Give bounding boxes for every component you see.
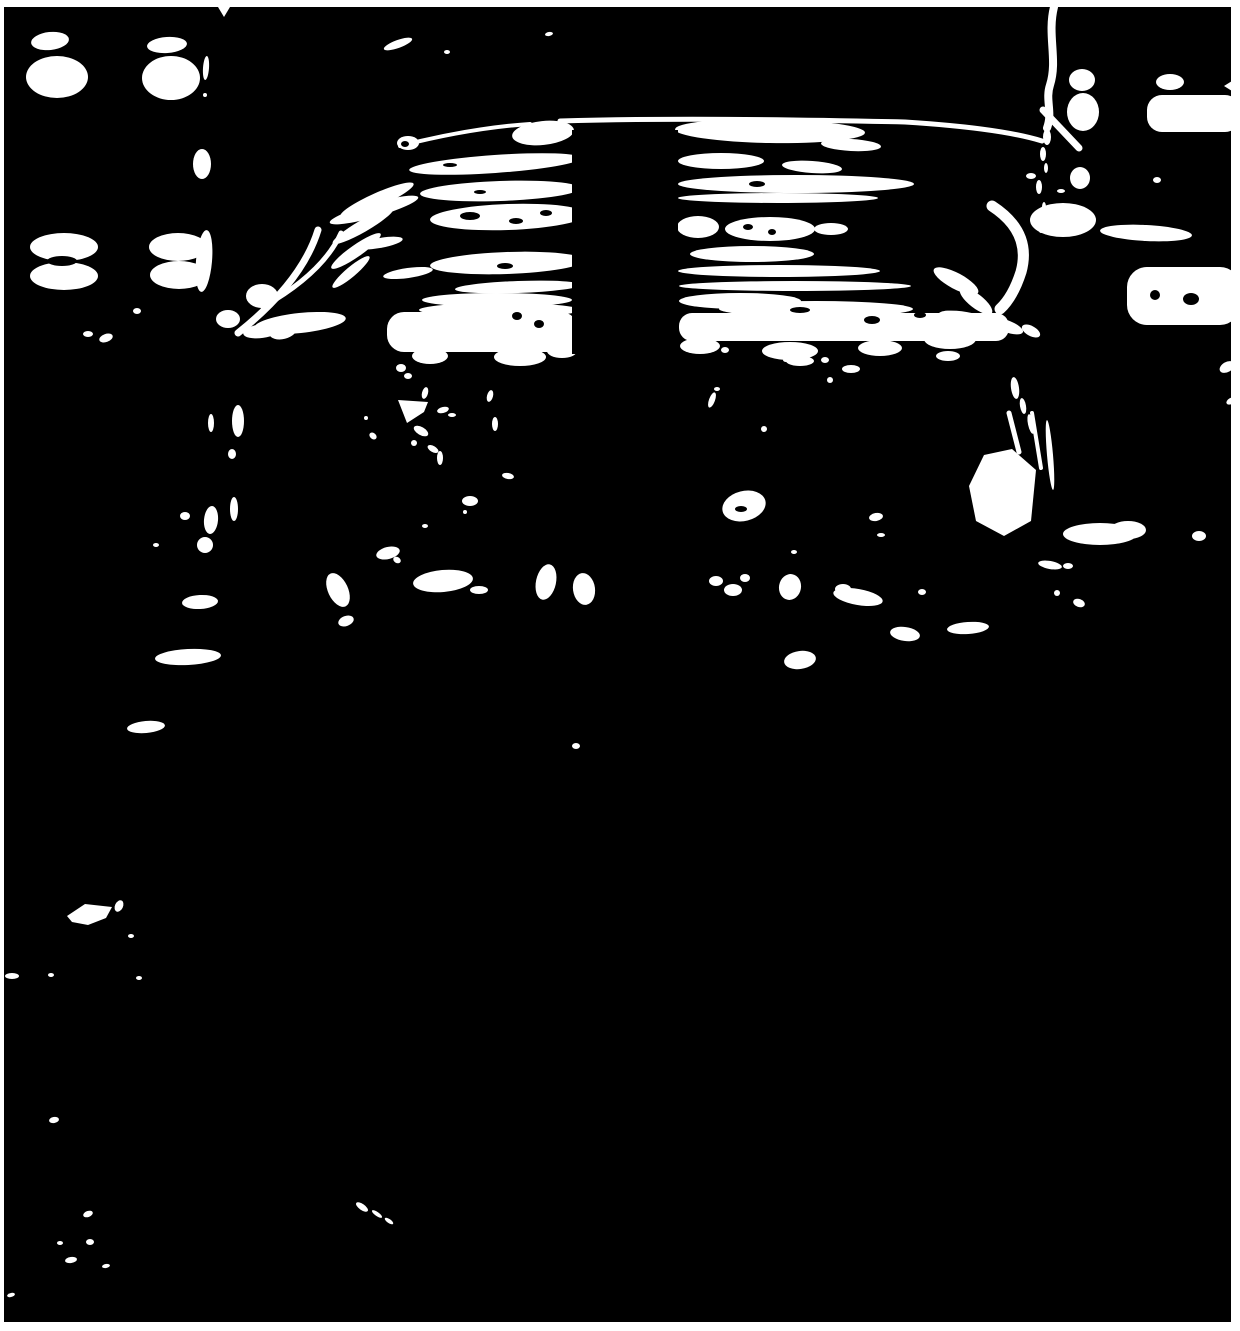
bottle-highlight-blob <box>142 56 200 100</box>
dark-gap <box>512 312 522 320</box>
bottle-highlight-blob <box>26 56 88 98</box>
dark-gap <box>914 312 926 318</box>
dark-gap <box>749 181 765 187</box>
dark-gap <box>1183 293 1199 305</box>
dark-gap <box>509 218 523 224</box>
ladder-highlight <box>208 414 214 432</box>
wall-streak <box>1063 563 1073 569</box>
speck <box>83 331 93 337</box>
drip-speck <box>448 413 456 417</box>
dark-gap <box>735 506 747 512</box>
rim-streak <box>924 329 976 349</box>
tube-highlight <box>1040 147 1046 161</box>
rim-streak <box>858 340 902 356</box>
dark-gap <box>743 224 753 230</box>
tube-highlight <box>1043 129 1051 145</box>
tube-highlight <box>1036 180 1042 194</box>
speck <box>5 973 19 979</box>
speck <box>203 93 207 97</box>
dark-gap <box>1150 290 1160 300</box>
bubble-highlight <box>470 586 488 594</box>
rim-streak <box>677 216 719 238</box>
rim-streak <box>814 223 848 235</box>
speck <box>86 1239 94 1245</box>
rim-streak <box>786 356 814 366</box>
dark-gap <box>443 163 457 167</box>
tube-highlight <box>1038 221 1044 233</box>
drip-speck <box>437 451 443 465</box>
rim-streak <box>494 348 546 366</box>
bottle-highlight-blob <box>1127 267 1240 325</box>
bubble-highlight <box>572 743 580 749</box>
rim-streak <box>679 281 911 291</box>
wall-streak <box>1110 521 1146 539</box>
rim-streak <box>678 265 880 277</box>
drip-speck <box>761 426 767 432</box>
dark-gap <box>790 307 810 313</box>
rim-streak <box>762 342 818 360</box>
rim-streak <box>680 338 720 354</box>
liquid-streak <box>918 589 926 595</box>
dark-gap <box>474 190 486 194</box>
speck <box>444 50 450 54</box>
drip-speck <box>411 440 417 446</box>
dark-gap <box>460 212 480 220</box>
dark-gap <box>47 256 77 266</box>
stirring-rod <box>572 130 678 354</box>
dark-gap <box>497 263 513 269</box>
speck <box>48 973 54 977</box>
binarized-photo <box>0 0 1240 1331</box>
rim-streak <box>678 153 764 169</box>
drip-speck <box>821 357 829 363</box>
dark-gap <box>864 316 880 324</box>
speck <box>396 364 406 372</box>
drip-speck <box>783 358 789 362</box>
drip-speck <box>721 347 729 353</box>
wall-streak <box>1192 531 1206 541</box>
drip-speck <box>714 387 720 391</box>
dark-gap <box>401 141 409 147</box>
rim-streak <box>678 175 914 193</box>
rim-streak <box>842 365 860 373</box>
speck <box>1054 590 1060 596</box>
bottle-highlight-blob <box>30 262 98 290</box>
bottle-highlight-blob <box>1147 95 1240 132</box>
bottle-highlight-blob <box>1070 167 1090 189</box>
ladder-highlight <box>180 512 190 520</box>
speck <box>1153 177 1161 183</box>
binarized-photo-figure <box>0 0 1240 1331</box>
ladder-highlight <box>230 497 238 521</box>
bubble-highlight <box>740 574 750 582</box>
ladder-highlight <box>228 449 236 459</box>
drip-speck <box>462 496 478 506</box>
speck <box>404 373 412 379</box>
tube-highlight <box>1044 163 1048 173</box>
rim-streak <box>678 193 878 203</box>
drip-speck <box>463 510 467 514</box>
speck <box>133 308 141 314</box>
tube-highlight <box>1026 173 1036 179</box>
bottle-highlight-blob <box>1069 69 1095 91</box>
rim-streak <box>690 246 814 262</box>
bottle-highlight-blob <box>1156 74 1184 90</box>
bubble-highlight <box>724 584 742 596</box>
bubble-highlight <box>709 576 723 586</box>
drip-speck <box>364 416 368 420</box>
tube-highlight <box>1057 189 1065 193</box>
rim-streak <box>412 348 448 364</box>
shoulder-streak <box>246 284 278 308</box>
shoulder-streak <box>216 310 240 328</box>
rim-streak <box>725 217 815 241</box>
bubble-highlight <box>791 550 797 554</box>
rim-streak <box>936 351 960 361</box>
drip-speck <box>422 524 428 528</box>
speck <box>136 976 142 980</box>
ladder-highlight <box>197 537 213 553</box>
rim-streak <box>387 312 578 352</box>
stirring-rod-silhouette <box>572 130 678 354</box>
drip-speck <box>492 417 498 431</box>
shoulder-streak <box>193 149 211 179</box>
ladder-highlight <box>153 543 159 547</box>
bottle-highlight-blob <box>1067 93 1099 131</box>
bubble-highlight <box>877 533 885 537</box>
dark-gap <box>768 229 776 235</box>
ladder-highlight <box>232 405 244 437</box>
speck <box>128 934 134 938</box>
dark-gap <box>540 210 552 216</box>
tube-highlight <box>1042 202 1046 212</box>
dark-gap <box>534 320 544 328</box>
speck <box>57 1241 63 1245</box>
drip-speck <box>827 377 833 383</box>
